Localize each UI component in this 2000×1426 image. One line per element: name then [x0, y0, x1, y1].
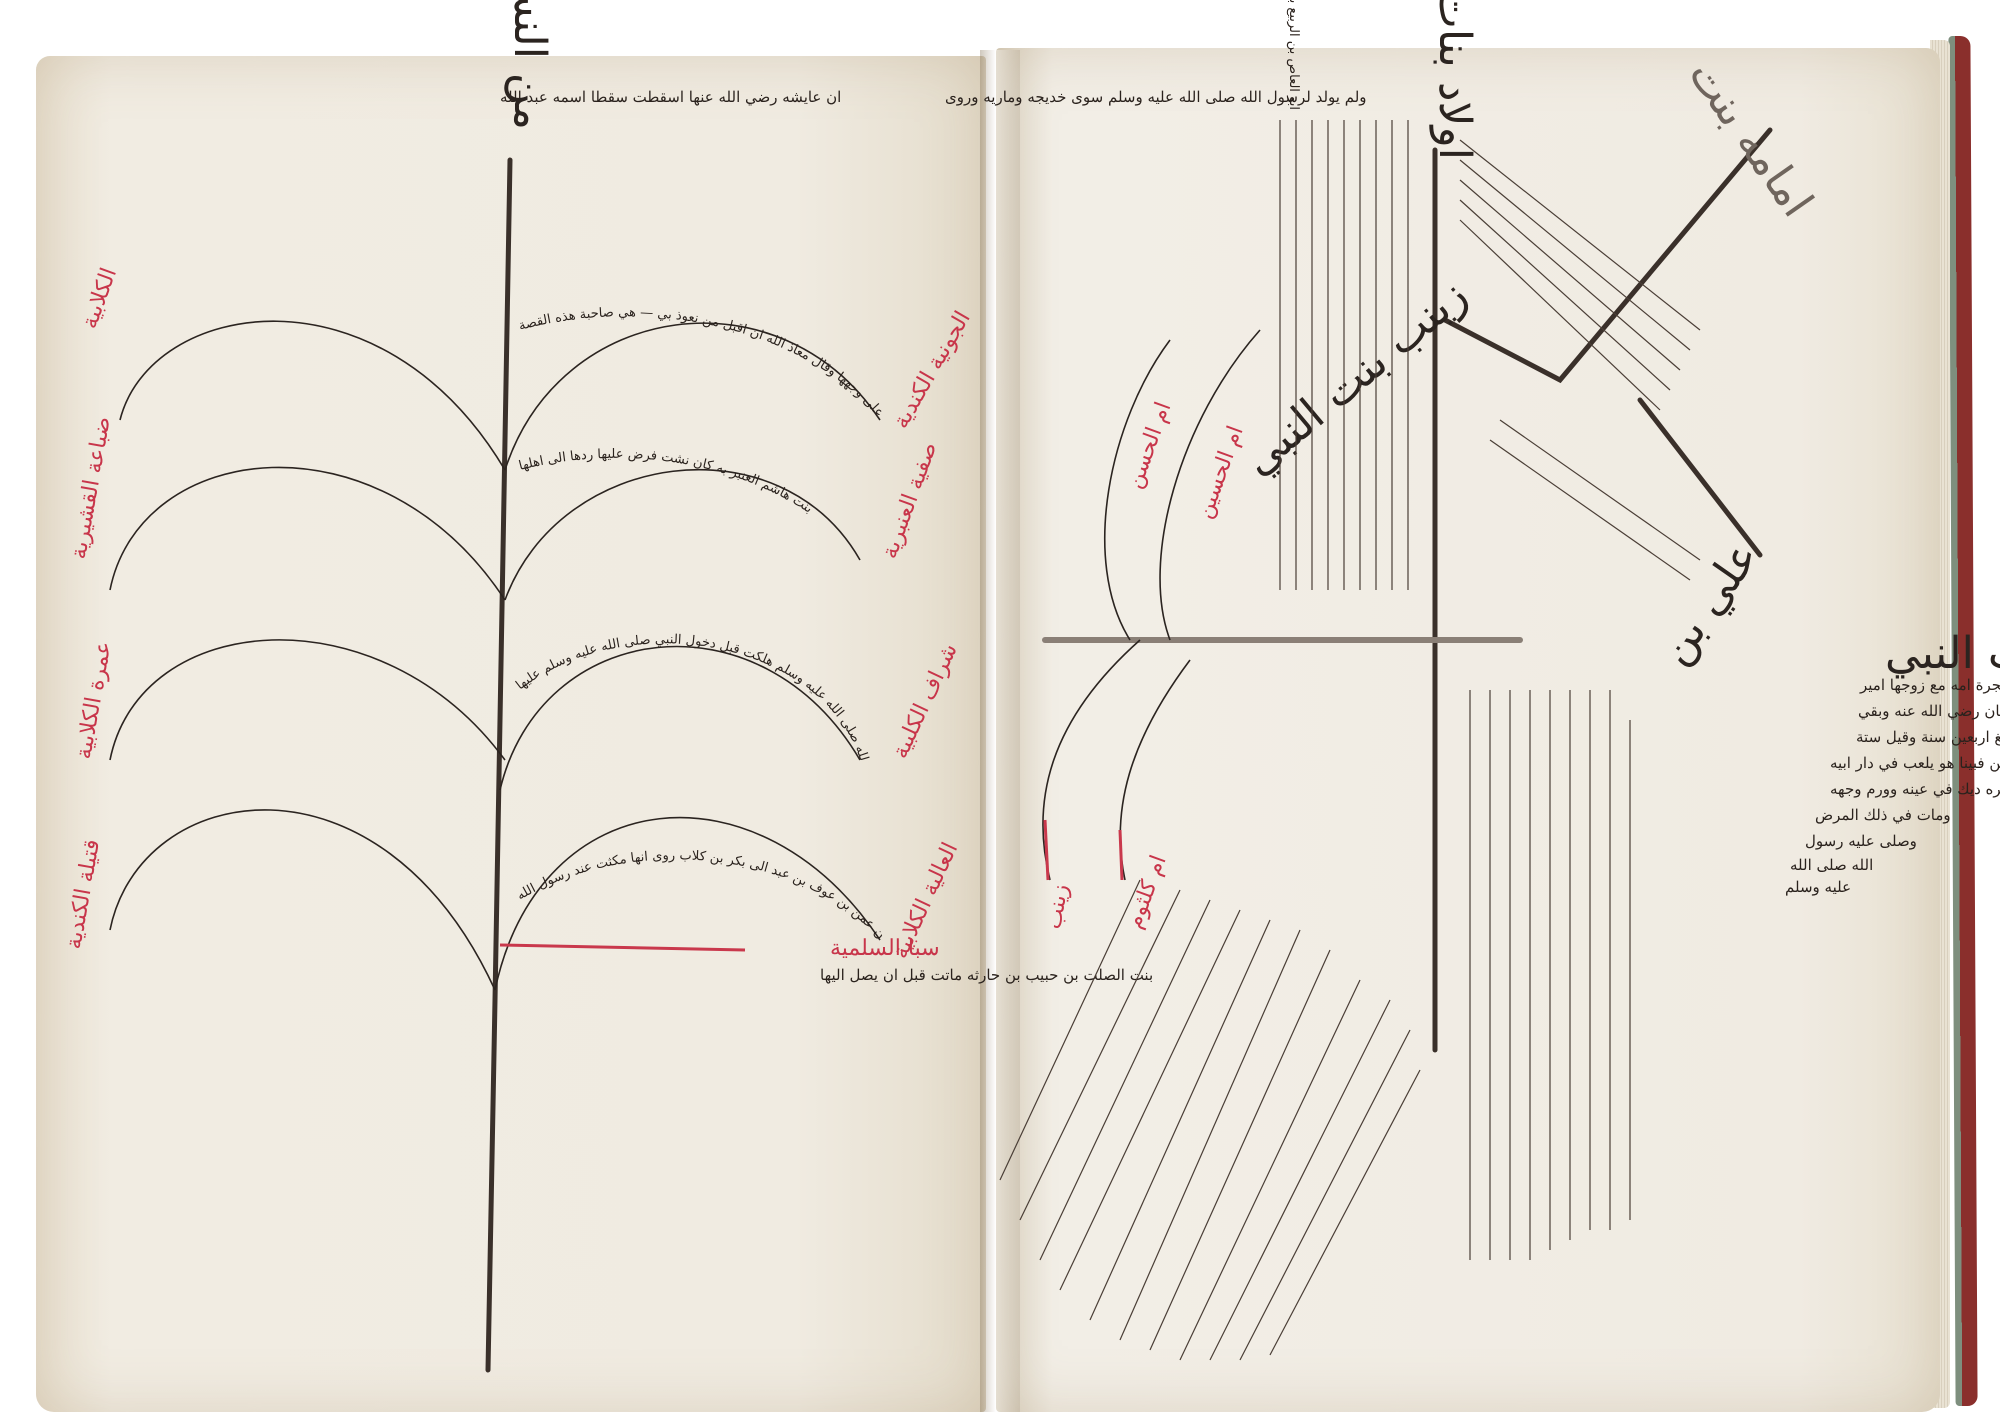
header-line-1: ولم يولد لرسول الله صلى الله عليه وسلم س…	[945, 88, 1367, 106]
genealogy-diagram: ولم يولد لرسول الله صلى الله عليه وسلم س…	[0, 0, 2000, 1426]
red-label-umm-husayn: ام الحسين	[1192, 423, 1249, 522]
red-label-amra: عمرة الكلابية	[71, 639, 116, 761]
note-aliya: بنت حبيان عمن بن عوف بن عبد الى بكر بن ك…	[0, 0, 888, 942]
svg-text:بنت حبيان عمن بن عوف بن عبد ال: بنت حبيان عمن بن عوف بن عبد الى بكر بن ك…	[0, 0, 888, 942]
abdallah-note-line: ولد بارض الحبشة في هجرة امه مع زوجها امي…	[1859, 676, 2000, 694]
abdallah-title: عبد الله بن رقيه بنت النبي	[1885, 628, 2000, 679]
left-header-text: ولم يولد لرسول الله صلى الله عليه وسلم س…	[500, 88, 1367, 106]
red-label-kilabiyya: الكلابية	[77, 265, 122, 332]
abdallah-note-line: سنين فبينا هو يلعب في دار ابيه	[1830, 754, 2000, 772]
svg-text:اخت دحيه بن خليفه الذي كان جبر: اخت دحيه بن خليفه الذي كان جبريل ياتي عل…	[0, 0, 871, 763]
branch-notes: اسما بنت النعمان كان ابو الاسد على قدم ب…	[0, 0, 889, 942]
abdallah-note-line: عليه وسلم	[1785, 878, 1851, 896]
ali-diagonal	[1640, 400, 1760, 555]
saba-note: بنت الصلت بن حبيب بن حارثه ماتت قبل ان ي…	[820, 966, 1153, 984]
umama-title: امامه بنت	[1678, 50, 1822, 226]
svg-text:بنت هاشم العنبر به كان نشت فرض: بنت هاشم العنبر به كان نشت فرض عليها رده…	[517, 447, 815, 517]
note-sharaf: اخت دحيه بن خليفه الذي كان جبريل ياتي عل…	[0, 0, 871, 763]
abdallah-note-line: المؤمنين عثمان بن عفان رضي الله عنه وبقي	[1858, 702, 2000, 720]
zaynab-diagonal	[1445, 130, 1770, 380]
red-label-qutayla: قتيلة الكندية	[61, 837, 105, 951]
red-label-safiyya: صفية العنبرية	[877, 439, 942, 562]
abdallah-note-line: وصلى عليه رسول	[1805, 832, 1917, 850]
abdallah-note-line: الله صلى الله	[1790, 856, 1873, 874]
right-page-red-labels: ام الحسن ام الحسين زينب ام كلثوم	[1041, 399, 1248, 932]
open-manuscript: ولم يولد لرسول الله صلى الله عليه وسلم س…	[0, 0, 2000, 1426]
red-label-zaynab: زينب	[1041, 882, 1073, 931]
right-red-labels-left-page: الجونية الكندية صفية العنبرية شراف الكلب…	[877, 307, 976, 962]
right-vertical-title: اولاد بنات النبي صلى الله عليه وسلم	[1429, 0, 1480, 160]
note-juniyya: اسما بنت النعمان كان ابو الاسد على قدم ب…	[0, 0, 889, 423]
zaynab-note: ابو العاص بن الربيع بن عبد العزى بن عبد …	[1286, 0, 1301, 110]
red-label-dubaa: ضباعة القشيرية	[66, 415, 116, 561]
abdallah-note-line: في المدينة الى ان بلغ اربعين سنة وقيل ست…	[1856, 728, 2000, 746]
left-red-labels: الكلابية ضباعة القشيرية عمرة الكلابية قت…	[61, 265, 122, 951]
saba-red-branch	[500, 945, 745, 950]
abdallah-note-line: فنقره ديك في عينه وورم وجهه	[1830, 780, 2000, 798]
red-label-saba: سبا السلمية	[830, 936, 940, 961]
red-label-sharaf: شراف الكلبية	[888, 640, 963, 763]
zaynab-title: زينب بنت النبي	[1233, 269, 1477, 485]
trunk-title: من النساء اللواتي لم يدخل بهن النبي صلى …	[504, 0, 555, 130]
abdallah-note: ولد بارض الحبشة في هجرة امه مع زوجها امي…	[1785, 676, 2000, 896]
umm-kulthum-text-block	[1000, 690, 1630, 1360]
svg-text:اسما بنت النعمان كان ابو الاسد: اسما بنت النعمان كان ابو الاسد على قدم ب…	[0, 0, 889, 423]
note-safiyya: بنت هاشم العنبر به كان نشت فرض عليها رده…	[517, 447, 815, 517]
abdallah-note-line: ومات في ذلك المرض	[1815, 806, 1951, 824]
red-label-umm-kulthum: ام كلثوم	[1122, 852, 1172, 932]
red-label-juniyya: الجونية الكندية	[889, 307, 976, 433]
ali-title: علي بن	[1649, 532, 1769, 674]
